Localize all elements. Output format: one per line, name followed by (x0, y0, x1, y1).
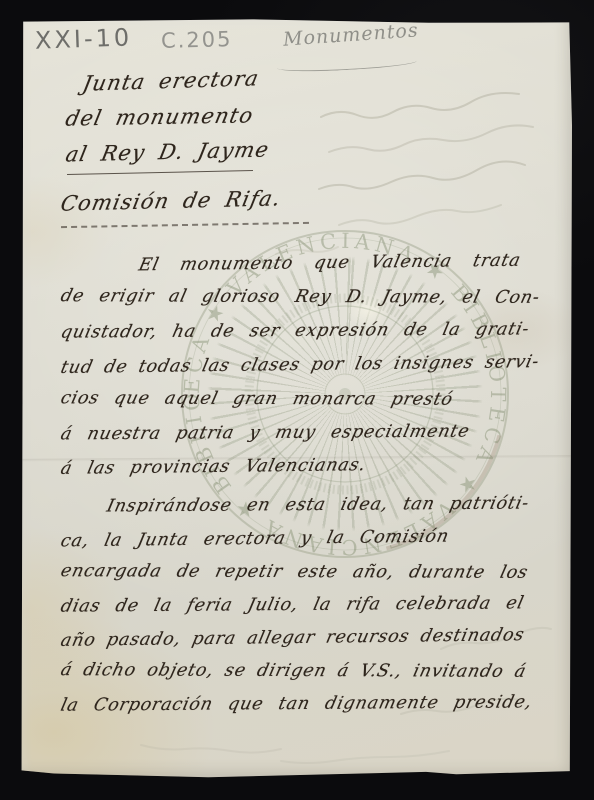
paragraph2-line7: la Corporación que tan dignamente presid… (59, 692, 534, 715)
letterhead-text-3: al Rey D. Jayme (64, 137, 272, 166)
manuscript-line: quistador, ha de ser expresión de la gra… (61, 319, 529, 342)
paragraph2-line3: encargada de repetir este año, durante l… (59, 561, 531, 583)
paragraph1-line7: á las provincias Valencianas. (59, 455, 368, 479)
shelf-mark-text: XXI-10 (35, 23, 133, 54)
paragraph1-line3: quistador, ha de ser expresión de la gra… (59, 319, 532, 342)
letterhead-line: al Rey D. Jayme (66, 138, 270, 167)
letterhead-line: del monumento (66, 103, 254, 130)
document-page: ECA ★ VALENCIANA ★ BIBLIOTECA ★ VALENCIA… (21, 19, 572, 778)
scanned-document-background: ECA ★ VALENCIANA ★ BIBLIOTECA ★ VALENCIA… (0, 0, 594, 800)
manuscript-line: Inspirándose en esta idea, tan patrióti- (107, 494, 529, 517)
paragraph1-line5: cios que aquel gran monarca prestó (59, 388, 455, 409)
catalog-number-annotation: C.205 (161, 27, 233, 53)
paragraph1-line2: de erigir al glorioso Rey D. Jayme, el C… (59, 286, 542, 308)
paragraph2-line6: á dicho objeto, se dirigen á V.S., invit… (59, 660, 529, 682)
manuscript-line: la Corporación que tan dignamente presid… (61, 692, 532, 715)
manuscript-line: á nuestra patria y muy especialmente (61, 422, 470, 445)
manuscript-line: cios que aquel gran monarca prestó (61, 388, 453, 409)
shelf-mark-annotation: XXI-10 (35, 23, 133, 54)
manuscript-line: de erigir al glorioso Rey D. Jayme, el C… (61, 286, 540, 308)
paragraph1-line6: á nuestra patria y muy especialmente (59, 422, 472, 445)
manuscript-line: á dicho objeto, se dirigen á V.S., invit… (61, 660, 526, 682)
paragraph2-line4: dias de la feria Julio, la rifa celebrad… (59, 593, 526, 616)
catalog-number-text: C.205 (161, 27, 233, 53)
paragraph2-line1: Inspirándose en esta idea, tan patrióti- (105, 494, 531, 517)
manuscript-line: á las provincias Valencianas. (61, 455, 366, 479)
manuscript-line: encargada de repetir este año, durante l… (61, 561, 528, 583)
manuscript-line: dias de la feria Julio, la rifa celebrad… (61, 593, 524, 616)
letterhead-text-2: del monumento (63, 103, 256, 130)
